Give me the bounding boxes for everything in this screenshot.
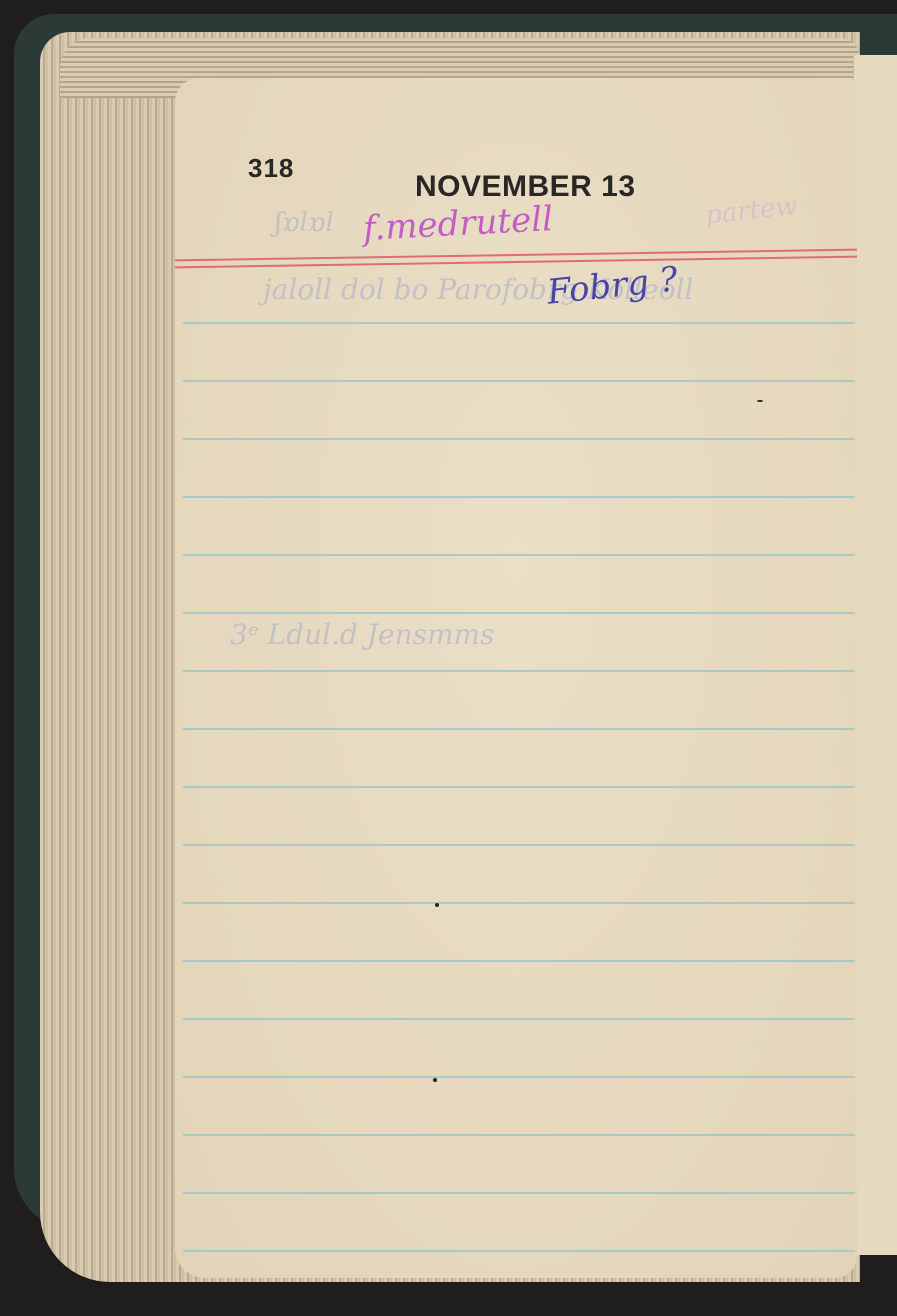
bleedthrough-left: ʃɒlɒl — [275, 208, 334, 238]
bleedthrough-top-right: partew — [704, 191, 799, 231]
ruled-line — [183, 1134, 855, 1136]
ruled-line — [183, 322, 855, 324]
date-heading: NOVEMBER 13 — [415, 170, 636, 204]
ruled-line — [183, 902, 855, 904]
ruled-line — [183, 612, 855, 614]
purple-handwriting: f.medrutell — [362, 199, 554, 249]
ruled-line — [183, 1018, 855, 1020]
ruled-line — [183, 496, 855, 498]
ruled-line — [183, 844, 855, 846]
ruled-line — [183, 670, 855, 672]
ruled-line — [183, 1250, 855, 1252]
ruled-line — [183, 380, 855, 382]
ink-spot — [433, 1078, 437, 1082]
ruled-line — [183, 438, 855, 440]
ruled-line — [183, 786, 855, 788]
ruled-line — [183, 960, 855, 962]
ink-spot — [757, 400, 763, 402]
ruled-line — [183, 554, 855, 556]
diary-page: 318 NOVEMBER 13 ʃɒlɒl partew f.medrutell… — [175, 78, 857, 1278]
ink-spot — [435, 903, 439, 907]
red-rule-1 — [175, 249, 857, 261]
bleedthrough-mid: 3ᵉ Ldul.d Jensmms — [230, 618, 494, 651]
facing-page — [853, 55, 897, 1255]
ruled-line — [183, 1192, 855, 1194]
ruled-line — [183, 728, 855, 730]
ruled-line — [183, 1076, 855, 1078]
page-number: 318 — [248, 153, 294, 184]
